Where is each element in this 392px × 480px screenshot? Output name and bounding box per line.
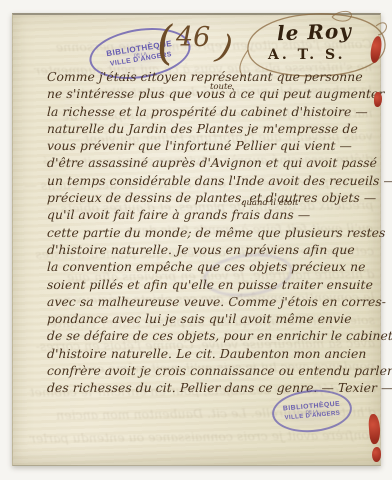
wax-seal-fragment xyxy=(372,447,381,462)
manuscript-line: d'être assassiné auprès d'Avignon et qui… xyxy=(47,155,376,172)
manuscript-line: cette partie du monde; de même que plusi… xyxy=(47,225,376,242)
archive-number-digits: 46 xyxy=(176,22,210,53)
manuscript-line: d'histoire naturelle. Le cit. Daubenton … xyxy=(47,346,376,363)
manuscript-line: qu'il avoit fait faire à grands frais da… xyxy=(47,207,376,224)
manuscript-line: précieux de dessins de plantes, et d'aut… xyxy=(47,190,376,207)
manuscript-line: vous prévenir que l'infortuné Pellier qu… xyxy=(47,138,376,155)
initials-annotation: A. T. S. xyxy=(268,47,345,63)
manuscript-line: de se défaire de ces objets, pour en enr… xyxy=(47,328,376,345)
addressee-annotation: le Roy xyxy=(277,19,353,46)
stamp-text: DE LA xyxy=(306,408,318,414)
manuscript-line: d'histoire naturelle. Je vous en prévien… xyxy=(47,242,376,259)
manuscript-line: naturelle du Jardin des Plantes je m'emp… xyxy=(47,121,376,138)
manuscript-line: la convention empêche que ces objets pré… xyxy=(47,259,376,276)
manuscript-line: soient pillés et afin qu'elle en puisse … xyxy=(47,277,376,294)
interlinear-insertion: toute xyxy=(210,82,232,92)
scanned-letter-page: Comme j'étais citoyen représentant que p… xyxy=(0,0,392,480)
manuscript-line: un temps considérable dans l'Inde avoit … xyxy=(47,173,376,190)
manuscript-line: pondance avec lui je sais qu'il avoit mê… xyxy=(47,311,376,328)
interlinear-insertion: quand il étoit xyxy=(241,198,298,208)
manuscript-line: confrère avoit je crois connaissance ou … xyxy=(47,363,376,380)
manuscript-line: avec sa malheureuse veuve. Comme j'étois… xyxy=(47,294,376,311)
manuscript-body: Comme j'étais citoyen représentant que p… xyxy=(47,69,375,398)
manuscript-line: la richesse et la prospérité du cabinet … xyxy=(47,104,376,121)
